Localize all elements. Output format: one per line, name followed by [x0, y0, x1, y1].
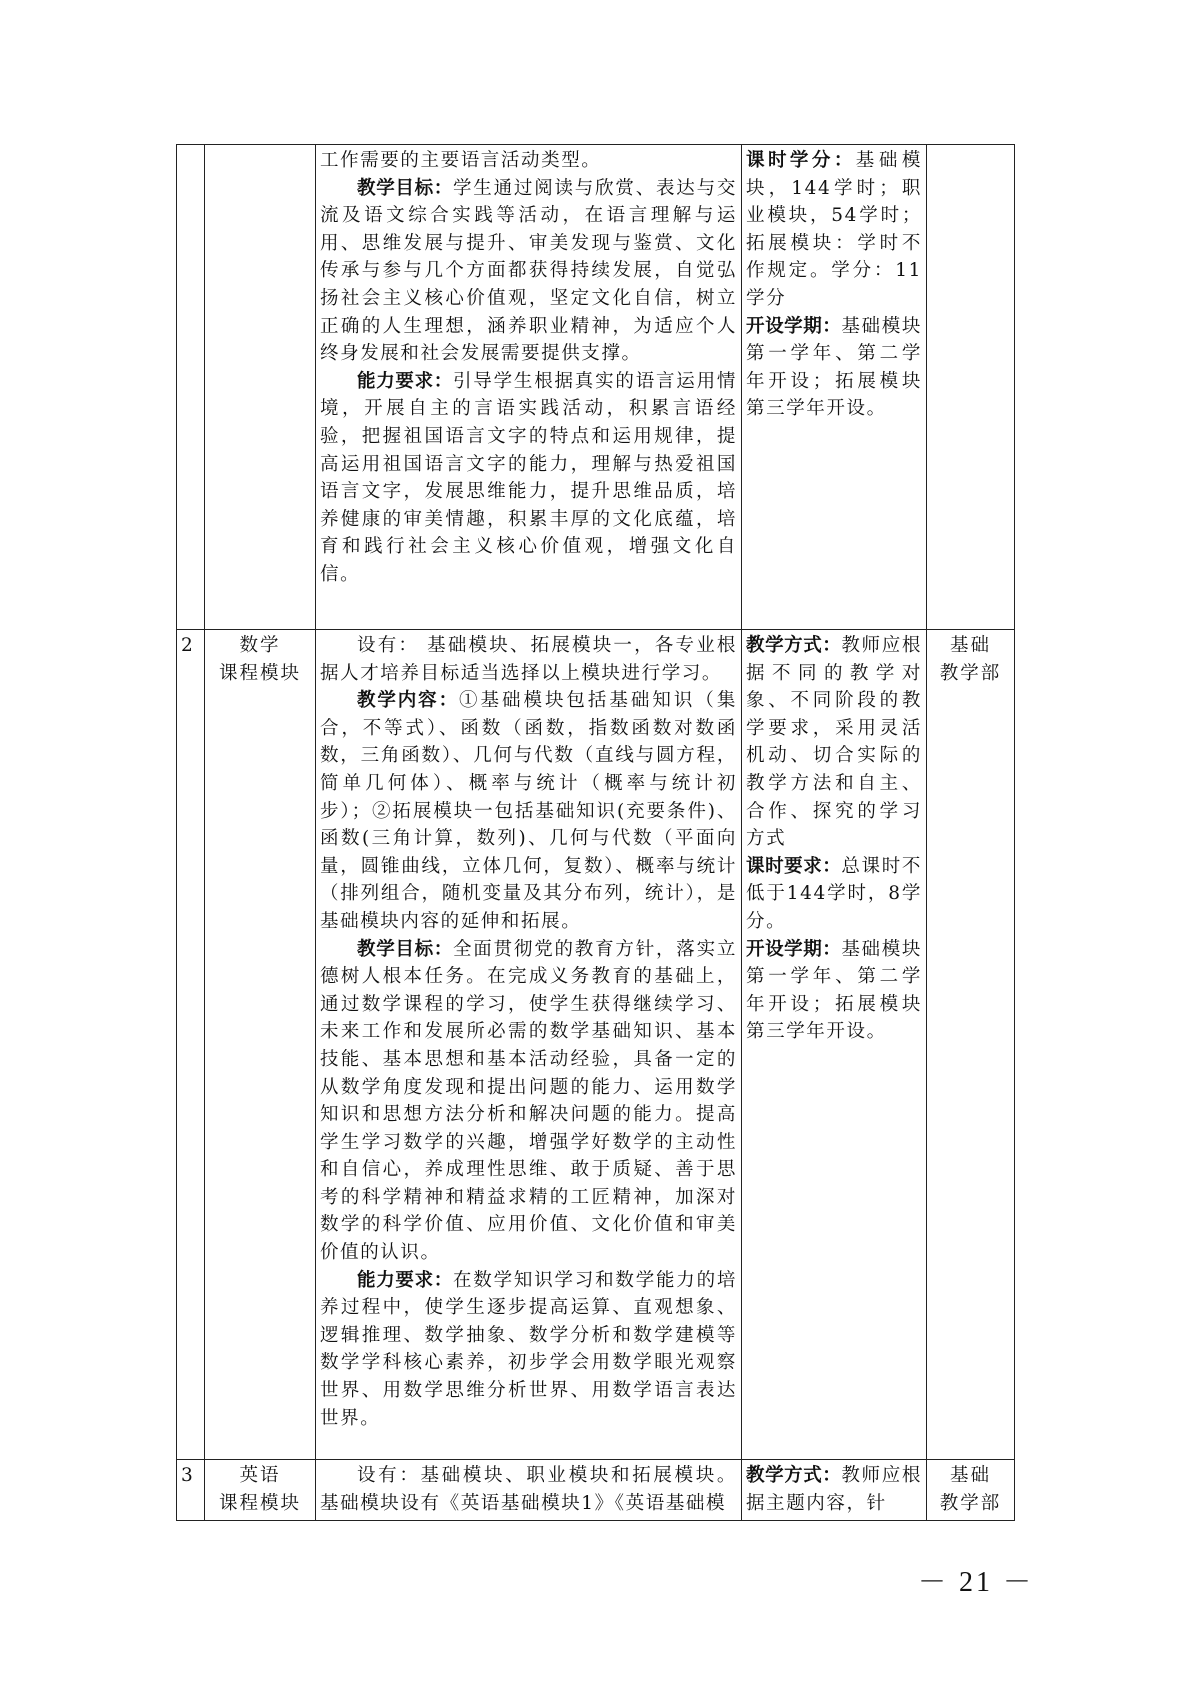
course-table: 工作需要的主要语言活动类型。 教学目标：学生通过阅读与欣赏、表达与交流及语文综合…	[176, 144, 1015, 1521]
table-row: 3 英语 课程模块 设有：基础模块、职业模块和拓展模块。基础模块设有《英语基础模…	[177, 1460, 1015, 1521]
teaching-content-text: ①基础模块包括基础知识（集合，不等式）、函数（函数，指数函数对数函数，三角函数）…	[320, 690, 737, 932]
ability-requirement-label: 能力要求：	[357, 1270, 453, 1291]
requirements-cell: 教学方式：教师应根据主题内容，针	[742, 1460, 927, 1521]
course-name-line: 课程模块	[209, 660, 311, 688]
department-line: 教学部	[931, 660, 1010, 688]
department-line: 基础	[931, 632, 1010, 660]
department-cell: 基础 教学部	[927, 630, 1015, 1460]
content-paragraph: 设有： 基础模块、拓展模块一，各专业根据人才培养目标适当选择以上模块进行学习。	[320, 632, 737, 687]
department-line: 基础	[931, 1462, 1010, 1490]
modules-offered-text: 设有：基础模块、职业模块和拓展模块。基础模块设有《英语基础模块1》《英语基础模	[320, 1465, 737, 1514]
department-cell: 基础 教学部	[927, 1460, 1015, 1521]
semester-label: 开设学期：	[746, 316, 841, 337]
ability-requirement-text: 引导学生根据真实的语言运用情境，开展自主的言语实践活动，积累言语经验，把握祖国语…	[320, 371, 737, 585]
requirement-item: 课时学分：基础模块，144学时；职业模块，54学时；拓展模块：学时不作规定。学分…	[746, 147, 922, 313]
teaching-goal-text: 学生通过阅读与欣赏、表达与交流及语文综合实践等活动，在语言理解与运用、思维发展与…	[320, 178, 737, 365]
row-number-cell: 3	[177, 1460, 205, 1521]
ability-requirement-text: 在数学知识学习和数学能力的培养过程中，使学生逐步提高运算、直观想象、逻辑推理、数…	[320, 1270, 737, 1429]
table-row: 工作需要的主要语言活动类型。 教学目标：学生通过阅读与欣赏、表达与交流及语文综合…	[177, 145, 1015, 630]
hours-credits-label: 课时学分：	[746, 150, 856, 171]
requirement-item: 开设学期：基础模块第一学年、第二学年开设；拓展模块第三学年开设。	[746, 936, 922, 1046]
hours-requirement-label: 课时要求：	[746, 856, 841, 877]
course-content-cell: 工作需要的主要语言活动类型。 教学目标：学生通过阅读与欣赏、表达与交流及语文综合…	[316, 145, 742, 630]
teaching-goal-text: 全面贯彻党的教育方针，落实立德树人根本任务。在完成义务教育的基础上，通过数学课程…	[320, 939, 737, 1264]
page-number: － 21 －	[918, 1560, 1034, 1600]
teaching-method-text: 教师应根据不同的教学对象、不同阶段的教学要求，采用灵活机动、切合实际的教学方法和…	[746, 635, 922, 849]
row-number-cell: 2	[177, 630, 205, 1460]
content-text: 工作需要的主要语言活动类型。	[320, 150, 601, 171]
course-name-cell: 英语 课程模块	[205, 1460, 316, 1521]
course-name-cell: 数学 课程模块	[205, 630, 316, 1460]
document-page: 工作需要的主要语言活动类型。 教学目标：学生通过阅读与欣赏、表达与交流及语文综合…	[0, 0, 1191, 1684]
hours-credits-text: 基础模块，144学时；职业模块，54学时；拓展模块：学时不作规定。学分：11学分	[746, 150, 922, 309]
requirement-item: 教学方式：教师应根据主题内容，针	[746, 1462, 922, 1517]
department-cell	[927, 145, 1015, 630]
content-paragraph: 工作需要的主要语言活动类型。	[320, 147, 737, 175]
requirement-item: 开设学期：基础模块第一学年、第二学年开设；拓展模块第三学年开设。	[746, 313, 922, 423]
course-name-line: 英语	[209, 1462, 311, 1490]
ability-requirement-label: 能力要求：	[357, 371, 453, 392]
course-content-cell: 设有：基础模块、职业模块和拓展模块。基础模块设有《英语基础模块1》《英语基础模	[316, 1460, 742, 1521]
teaching-goal-label: 教学目标：	[357, 939, 453, 960]
requirement-item: 课时要求：总课时不低于144学时，8学分。	[746, 853, 922, 936]
teaching-method-label: 教学方式：	[746, 1465, 841, 1486]
course-name-cell	[205, 145, 316, 630]
teaching-goal-label: 教学目标：	[357, 178, 453, 199]
teaching-method-label: 教学方式：	[746, 635, 841, 656]
department-line: 教学部	[931, 1490, 1010, 1518]
content-paragraph: 能力要求：引导学生根据真实的语言运用情境，开展自主的言语实践活动，积累言语经验，…	[320, 368, 737, 589]
semester-label: 开设学期：	[746, 939, 841, 960]
content-paragraph: 能力要求：在数学知识学习和数学能力的培养过程中，使学生逐步提高运算、直观想象、逻…	[320, 1267, 737, 1433]
course-name-line: 课程模块	[209, 1490, 311, 1518]
row-number-cell	[177, 145, 205, 630]
table-row: 2 数学 课程模块 设有： 基础模块、拓展模块一，各专业根据人才培养目标适当选择…	[177, 630, 1015, 1460]
content-paragraph: 教学内容：①基础模块包括基础知识（集合，不等式）、函数（函数，指数函数对数函数，…	[320, 687, 737, 935]
requirement-item: 教学方式：教师应根据不同的教学对象、不同阶段的教学要求，采用灵活机动、切合实际的…	[746, 632, 922, 853]
content-paragraph: 教学目标：学生通过阅读与欣赏、表达与交流及语文综合实践等活动，在语言理解与运用、…	[320, 175, 737, 368]
course-content-cell: 设有： 基础模块、拓展模块一，各专业根据人才培养目标适当选择以上模块进行学习。 …	[316, 630, 742, 1460]
requirements-cell: 课时学分：基础模块，144学时；职业模块，54学时；拓展模块：学时不作规定。学分…	[742, 145, 927, 630]
course-name-line: 数学	[209, 632, 311, 660]
requirements-cell: 教学方式：教师应根据不同的教学对象、不同阶段的教学要求，采用灵活机动、切合实际的…	[742, 630, 927, 1460]
content-paragraph: 教学目标：全面贯彻党的教育方针，落实立德树人根本任务。在完成义务教育的基础上，通…	[320, 936, 737, 1267]
modules-offered-text: 设有： 基础模块、拓展模块一，各专业根据人才培养目标适当选择以上模块进行学习。	[320, 635, 737, 684]
teaching-content-label: 教学内容：	[357, 690, 459, 711]
content-paragraph: 设有：基础模块、职业模块和拓展模块。基础模块设有《英语基础模块1》《英语基础模	[320, 1462, 737, 1517]
